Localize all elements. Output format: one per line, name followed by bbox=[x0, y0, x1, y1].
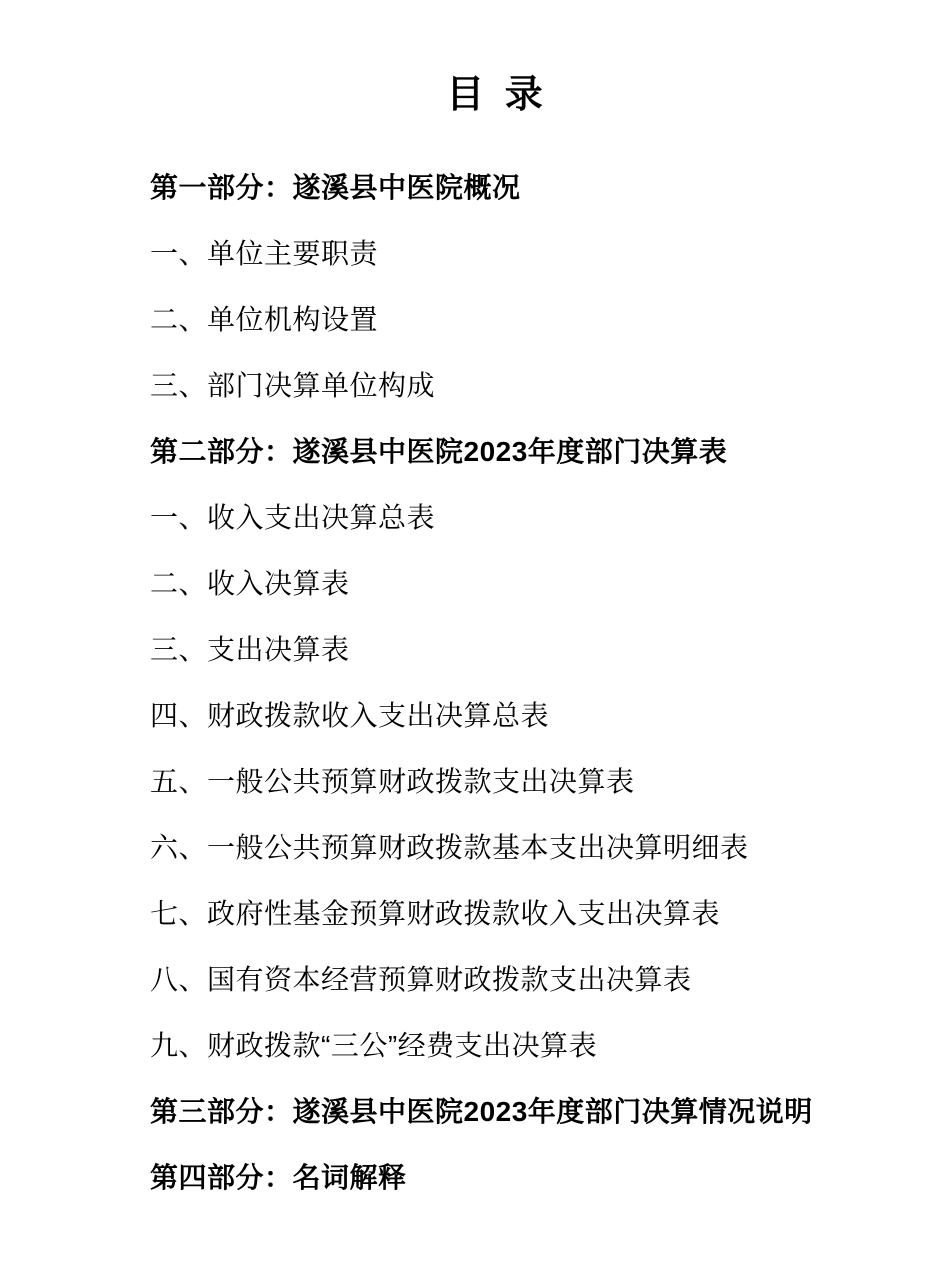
toc-list: 第一部分：遂溪县中医院概况一、单位主要职责二、单位机构设置三、部门决算单位构成第… bbox=[150, 155, 840, 1211]
toc-part-heading: 第四部分：名词解释 bbox=[150, 1145, 840, 1211]
page-title: 目 录 bbox=[150, 72, 840, 118]
toc-item: 一、单位主要职责 bbox=[150, 221, 840, 287]
toc-item: 三、部门决算单位构成 bbox=[150, 353, 840, 419]
toc-item: 二、单位机构设置 bbox=[150, 287, 840, 353]
toc-item: 一、收入支出决算总表 bbox=[150, 485, 840, 551]
toc-item: 九、财政拨款“三公”经费支出决算表 bbox=[150, 1013, 840, 1079]
document-page: 目 录 第一部分：遂溪县中医院概况一、单位主要职责二、单位机构设置三、部门决算单… bbox=[0, 0, 933, 1261]
toc-item: 二、收入决算表 bbox=[150, 551, 840, 617]
toc-item: 七、政府性基金预算财政拨款收入支出决算表 bbox=[150, 881, 840, 947]
toc-part-heading: 第二部分：遂溪县中医院2023年度部门决算表 bbox=[150, 419, 840, 485]
toc-item: 三、支出决算表 bbox=[150, 617, 840, 683]
toc-item: 四、财政拨款收入支出决算总表 bbox=[150, 683, 840, 749]
toc-item: 六、一般公共预算财政拨款基本支出决算明细表 bbox=[150, 815, 840, 881]
toc-part-heading: 第一部分：遂溪县中医院概况 bbox=[150, 155, 840, 221]
toc-item: 五、一般公共预算财政拨款支出决算表 bbox=[150, 749, 840, 815]
toc-part-heading: 第三部分：遂溪县中医院2023年度部门决算情况说明 bbox=[150, 1079, 840, 1145]
toc-item: 八、国有资本经营预算财政拨款支出决算表 bbox=[150, 947, 840, 1013]
